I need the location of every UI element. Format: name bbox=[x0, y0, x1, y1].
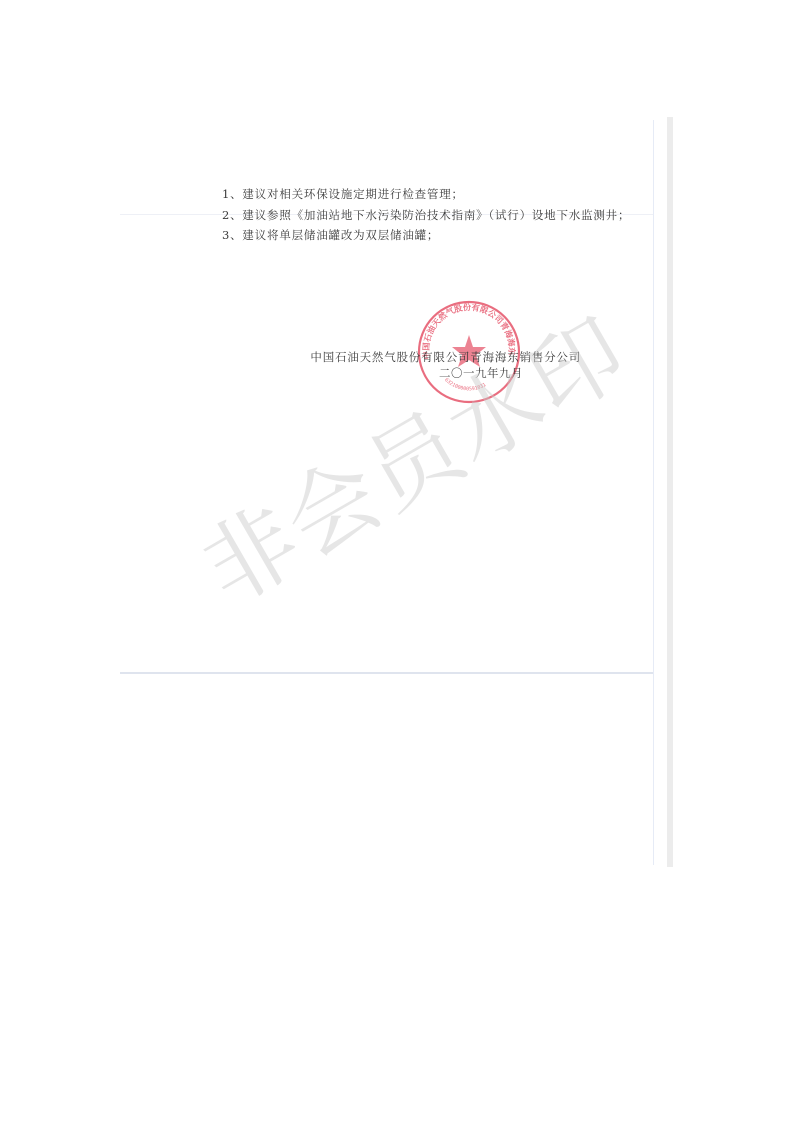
recommendation-list: 1、建议对相关环保设施定期进行检查管理； 2、建议参照《加油站地下水污染防治技术… bbox=[222, 184, 630, 246]
scan-line bbox=[120, 672, 653, 674]
watermark: 非会员水印 bbox=[175, 280, 648, 629]
scan-edge bbox=[667, 117, 673, 867]
recommendation-item: 3、建议将单层储油罐改为双层储油罐； bbox=[222, 225, 630, 246]
scan-line bbox=[653, 120, 654, 865]
recommendation-item: 1、建议对相关环保设施定期进行检查管理； bbox=[222, 184, 630, 205]
recommendation-item: 2、建议参照《加油站地下水污染防治技术指南》（试行）设地下水监测井； bbox=[222, 205, 630, 226]
